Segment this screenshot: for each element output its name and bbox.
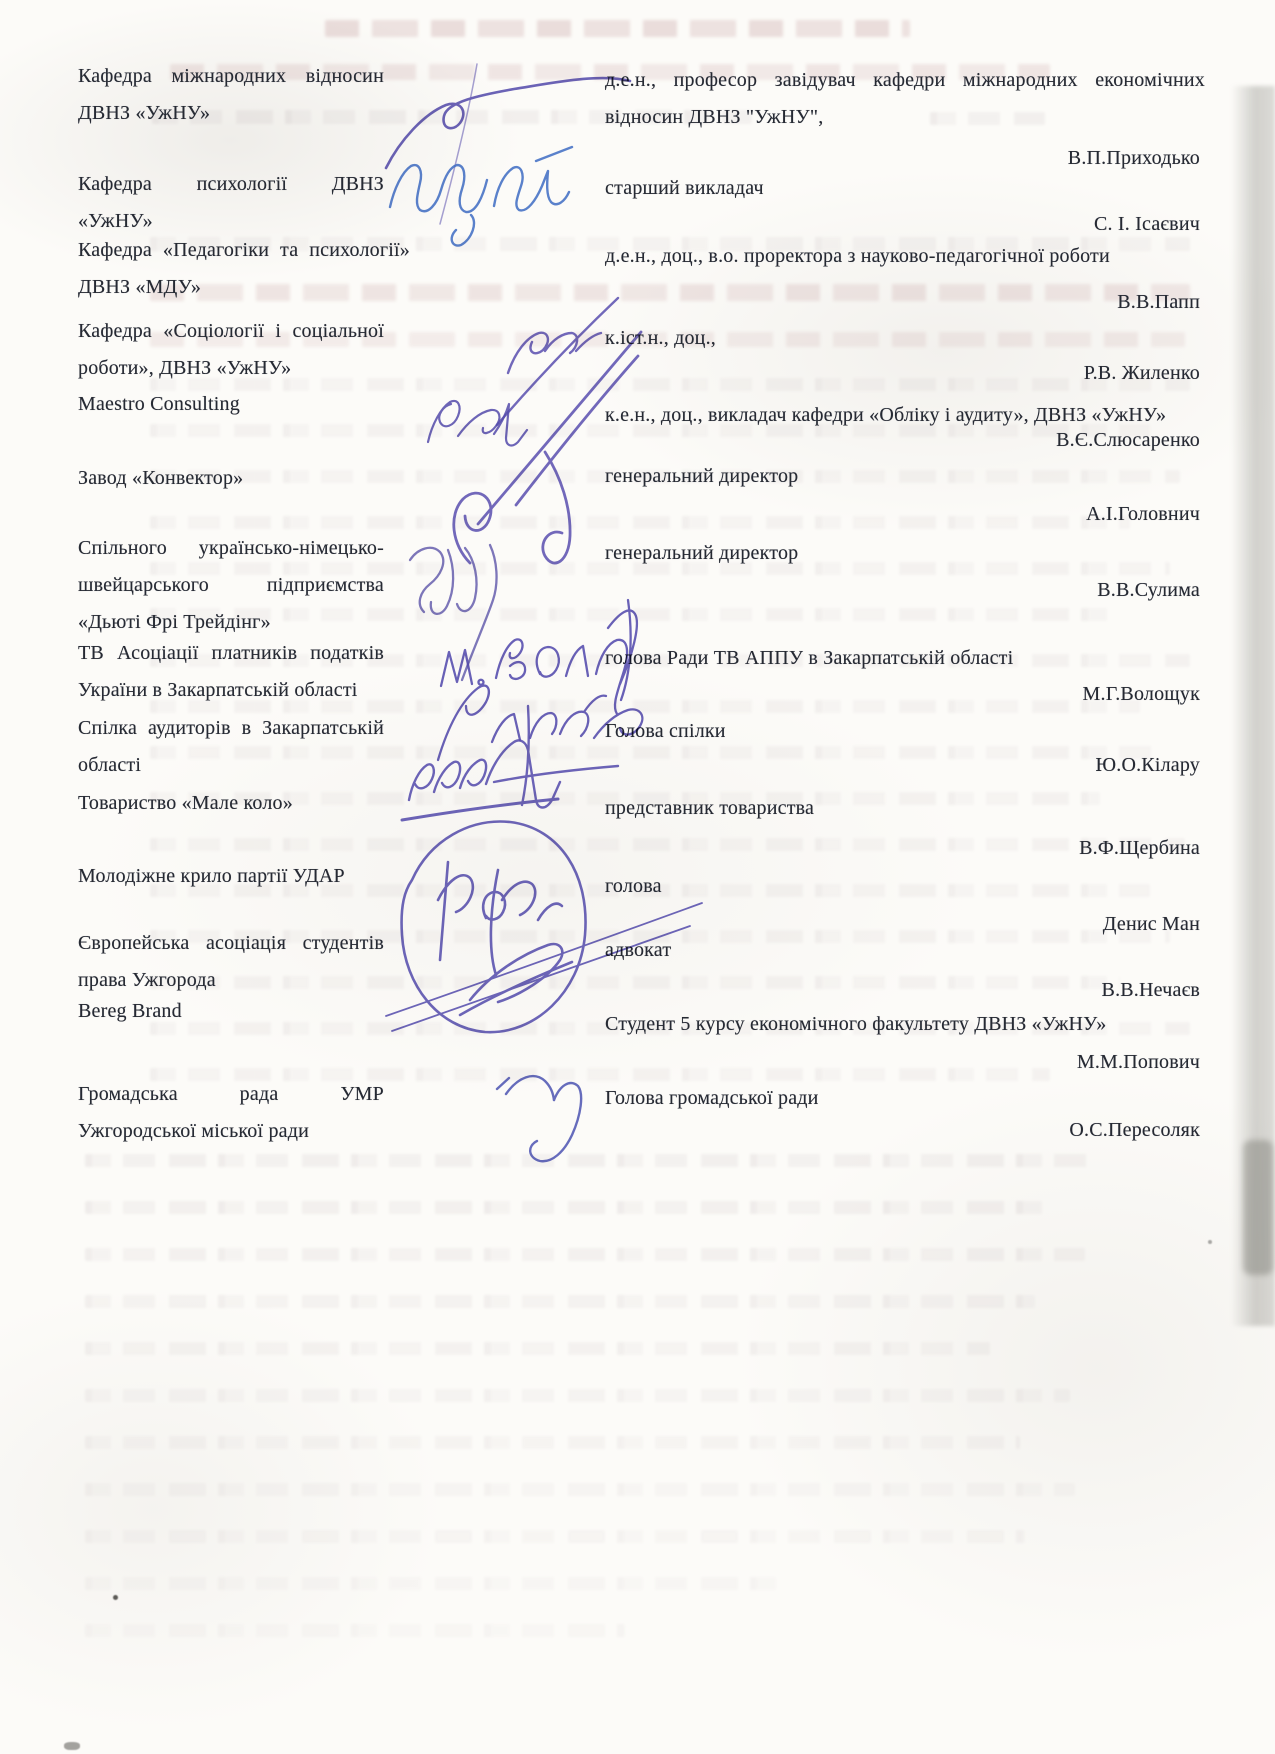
signer-title: представник товариства [605, 790, 1205, 827]
signer-name: В.В.Сулима [605, 572, 1200, 609]
signature-ink-8 [402, 706, 618, 820]
signer-title: д.е.н., доц., в.о. проректора з науково-… [605, 238, 1205, 275]
organization-name: Європейська асоціація студентів права Уж… [78, 925, 384, 999]
scanned-document-page: Кафедра міжнародних відносин ДВНЗ «УжНУ»… [0, 0, 1275, 1754]
organization-name: Maestro Consulting [78, 386, 384, 423]
corner-smudge [64, 1742, 80, 1750]
organization-name: Bereg Brand [78, 993, 384, 1030]
signer-title: Голова спілки [605, 713, 1205, 750]
scan-edge-dark-smudge [1243, 1140, 1273, 1275]
signer-title: старший викладач [605, 170, 1205, 207]
organization-name: Кафедра «Соціології і соціальної роботи»… [78, 313, 384, 387]
signer-title: голова [605, 868, 1205, 905]
signer-name: О.С.Пересоляк [605, 1112, 1200, 1149]
ink-speck [113, 1595, 118, 1600]
signer-name: В.В.Папп [605, 284, 1200, 321]
organization-name: Молодіжне крило партії УДАР [78, 858, 384, 895]
organization-name: ТВ Асоціації платників податків України … [78, 635, 384, 709]
signer-name: В.Є.Слюсаренко [605, 422, 1200, 459]
signature-ink-1 [386, 64, 630, 224]
signer-name: Р.В. Жиленко [605, 355, 1200, 392]
bleed-through-line [85, 1342, 990, 1355]
signature-ink-2 [390, 147, 572, 246]
signature-ink-6 [410, 545, 497, 680]
organization-name: Кафедра психології ДВНЗ «УжНУ» [78, 166, 384, 240]
bleed-through-line [85, 1577, 785, 1590]
bleed-through-line [85, 1436, 1020, 1449]
signature-ink-10 [497, 1076, 581, 1161]
bleed-through-line [85, 1483, 1075, 1496]
signer-title: к.іст.н., доц., [605, 320, 1205, 357]
scan-edge-shadow [1231, 86, 1275, 1326]
signer-title: генеральний директор [605, 535, 1205, 572]
bleed-through-line [325, 20, 910, 37]
signer-title: Студент 5 курсу економічного факультету … [605, 1006, 1205, 1043]
bleed-through-line [85, 1154, 1100, 1167]
bleed-through-line [85, 1295, 1035, 1308]
signer-name: М.М.Попович [605, 1044, 1200, 1081]
bleed-through-line [85, 1530, 1025, 1543]
ink-speck [1208, 1240, 1212, 1244]
signer-name: А.І.Головнич [605, 496, 1200, 533]
signer-title: голова Ради ТВ АППУ в Закарпатській обла… [605, 640, 1205, 677]
signer-name: М.Г.Волощук [605, 676, 1200, 713]
organization-name: Товариство «Мале коло» [78, 785, 384, 822]
organization-name: Громадська рада УМР Ужгородської міської… [78, 1076, 384, 1150]
organization-name: Кафедра «Педагогіки та психології» ДВНЗ … [78, 232, 410, 306]
bleed-through-line [85, 1624, 625, 1637]
signer-title: генеральний директор [605, 458, 1205, 495]
signature-ink-3 [497, 298, 618, 425]
organization-name: Спільного українсько-німецько-швейцарськ… [78, 530, 384, 641]
organization-name: Завод «Конвектор» [78, 460, 384, 497]
organization-name: Кафедра міжнародних відносин ДВНЗ «УжНУ» [78, 58, 384, 132]
organization-name: Спілка аудиторів в Закарпатській області [78, 710, 384, 784]
bleed-through-line [85, 1201, 1050, 1214]
bleed-through-line [85, 1248, 1085, 1261]
signer-name: В.В.Нечаєв [605, 972, 1200, 1009]
signer-name: Ю.О.Кілару [605, 747, 1200, 784]
signer-title: адвокат [605, 932, 1205, 969]
signer-title: д.е.н., професор завідувач кафедри міжна… [605, 62, 1205, 136]
bleed-through-line [85, 1389, 1070, 1402]
signer-name: В.Ф.Щербина [605, 830, 1200, 867]
signature-ink-4 [428, 401, 527, 446]
